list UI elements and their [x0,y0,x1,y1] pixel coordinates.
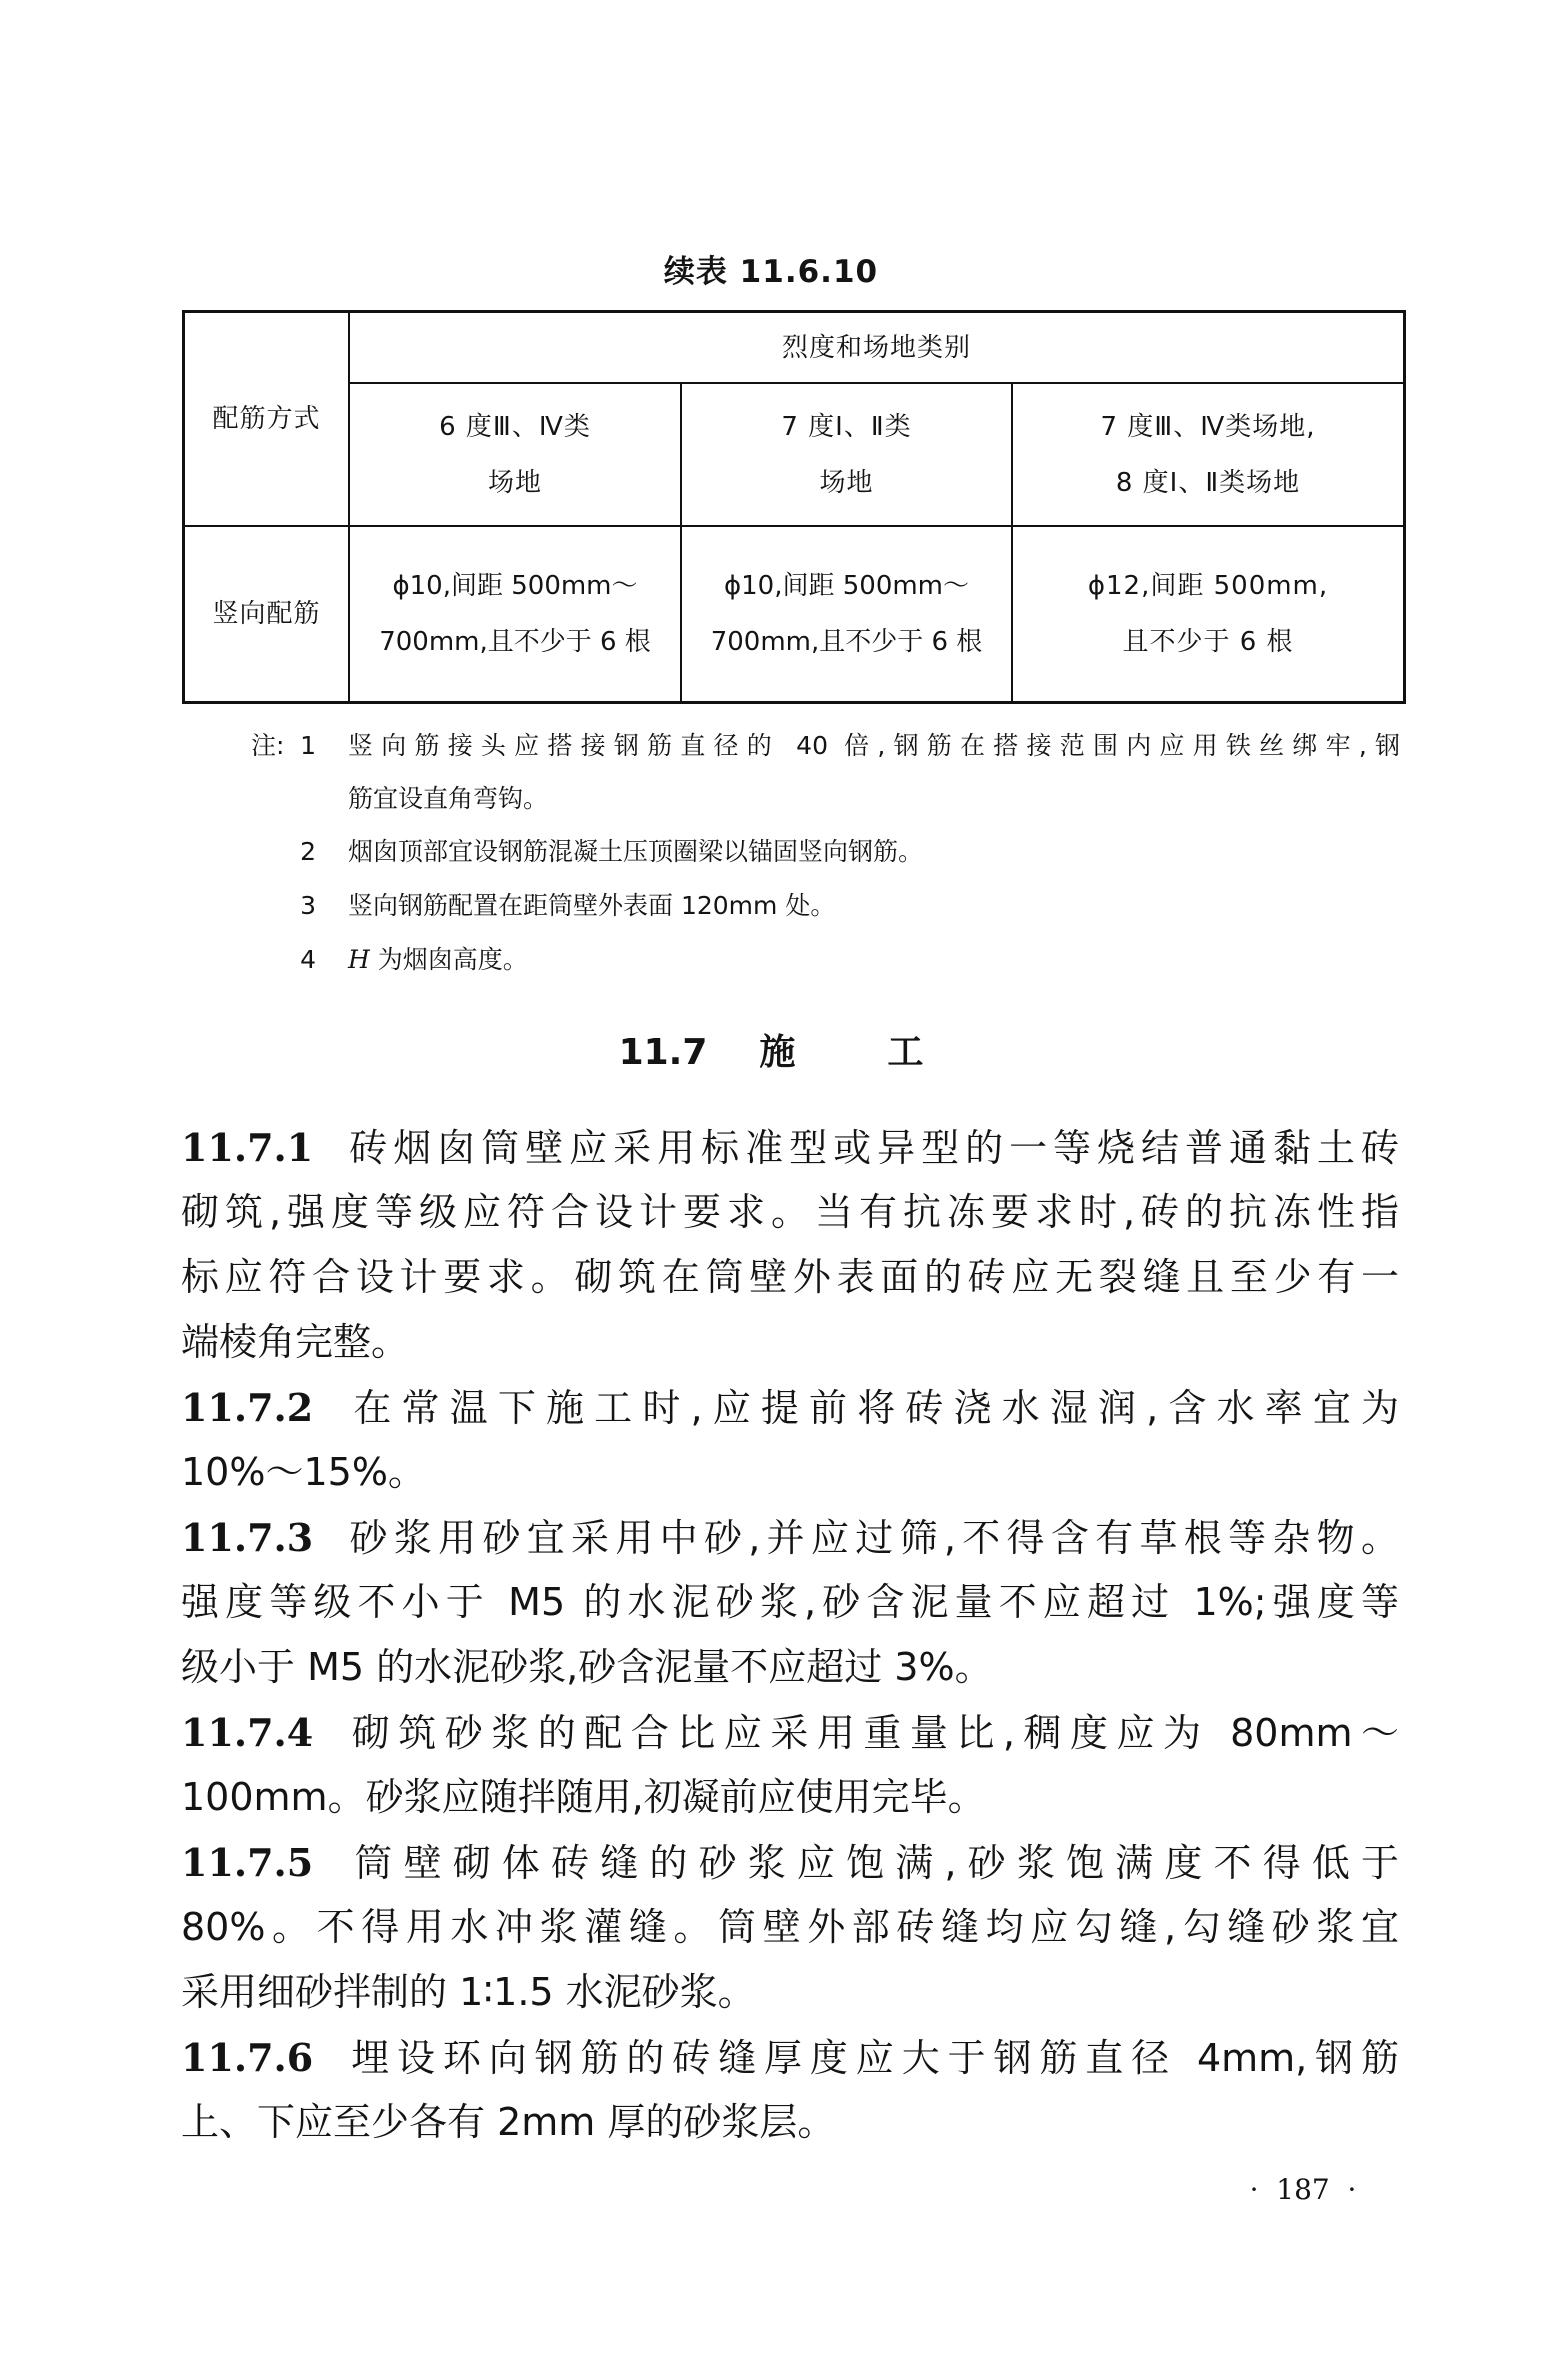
clause-text: 在常温下施工时,应提前将砖浇水湿润,含水率宜为 [343,1386,1399,1430]
note-number: 1 [296,718,316,773]
clause-11-7-3-line-1: 11.7.3砂浆用砂宜采用中砂,并应过筛,不得含有草根等杂物。 [181,1505,1399,1570]
note-text-rest: 为烟囱高度。 [370,945,528,974]
cell-3-line1: ϕ12,间距 500mm, [1088,558,1328,614]
clause-11-7-3-line-2: 强度等级不小于 M5 的水泥砂浆,砂含泥量不应超过 1%;强度等 [181,1570,1399,1635]
clause-11-7-1-line-1: 11.7.1砖烟囱筒壁应采用标准型或异型的一等烧结普通黏土砖 [181,1115,1399,1180]
note-text: 竖向钢筋配置在距筒壁外表面 120mm 处。 [348,878,835,933]
cell-1-line2: 700mm,且不少于 6 根 [379,614,651,670]
clause-number: 11.7.2 [181,1385,313,1430]
cell-2-line1: ϕ10,间距 500mm～ [724,558,969,614]
clause-11-7-4-line-2: 100mm。砂浆应随拌随用,初凝前应使用完毕。 [181,1765,1399,1830]
table-border-bottom [182,701,1406,704]
header-col-1-line1: 6 度Ⅲ、Ⅳ类 [439,399,591,455]
clause-text: 埋设环向钢筋的砖缝厚度应大于钢筋直径 4mm,钢筋 [343,2036,1399,2080]
note-number: 2 [296,824,316,879]
clause-11-7-6-line-1: 11.7.6埋设环向钢筋的砖缝厚度应大于钢筋直径 4mm,钢筋 [181,2025,1399,2090]
clause-11-7-1-line-3: 标应符合设计要求。砌筑在筒壁外表面的砖应无裂缝且至少有一 [181,1245,1399,1310]
clause-11-7-6-line-2: 上、下应至少各有 2mm 厚的砂浆层。 [181,2090,1399,2155]
page-number: · 187 · [1236,2172,1370,2208]
note-number: 3 [296,878,316,933]
table-cell: ϕ12,间距 500mm, 且不少于 6 根 [1013,527,1403,701]
clause-11-7-2-line-2: 10%～15%。 [181,1440,1399,1505]
header-row-label: 配筋方式 [185,313,348,525]
note-item: 3 竖向钢筋配置在距筒壁外表面 120mm 处。 [0,878,1542,933]
reinforcement-table: 配筋方式 烈度和场地类别 6 度Ⅲ、Ⅳ类 场地 7 度Ⅰ、Ⅱ类 场地 7 度Ⅲ、… [182,310,1406,704]
variable-h: H [348,945,370,974]
clause-number: 11.7.5 [181,1840,313,1885]
section-title-char-2: 工 [887,1032,923,1073]
note-item: 4 H 为烟囱高度。 [0,932,1542,987]
note-item-continuation: 筋宜设直角弯钩。 [0,771,1542,826]
clause-text: 砂浆用砂宜采用中砂,并应过筛,不得含有草根等杂物。 [343,1516,1399,1560]
header-col-2-line1: 7 度Ⅰ、Ⅱ类 [781,399,911,455]
header-col-1-line2: 场地 [488,455,542,511]
table-cell: ϕ10,间距 500mm～ 700mm,且不少于 6 根 [682,527,1011,701]
cell-3-line2: 且不少于 6 根 [1122,614,1293,670]
note-item: 注: 1 竖向筋接头应搭接钢筋直径的 40 倍,钢筋在搭接范围内应用铁丝绑牢,钢 [0,718,1542,773]
clause-11-7-4-line-1: 11.7.4砌筑砂浆的配合比应采用重量比,稠度应为 80mm～ [181,1700,1399,1765]
section-title-char-1: 施 [759,1032,795,1073]
clause-text: 筒壁砌体砖缝的砂浆应饱满,砂浆饱满度不得低于 [343,1841,1399,1885]
header-col-3: 7 度Ⅲ、Ⅳ类场地, 8 度Ⅰ、Ⅱ类场地 [1013,384,1403,525]
header-col-3-line2: 8 度Ⅰ、Ⅱ类场地 [1116,455,1300,511]
clause-number: 11.7.1 [181,1125,313,1170]
table-caption: 续表 11.6.10 [0,250,1542,294]
clause-11-7-5-line-2: 80%。不得用水冲浆灌缝。筒壁外部砖缝均应勾缝,勾缝砂浆宜 [181,1895,1399,1960]
header-col-1: 6 度Ⅲ、Ⅳ类 场地 [350,384,680,525]
clause-11-7-1-line-2: 砌筑,强度等级应符合设计要求。当有抗冻要求时,砖的抗冻性指 [181,1180,1399,1245]
note-text: 筋宜设直角弯钩。 [348,771,548,826]
section-number: 11.7 [619,1032,708,1073]
clause-11-7-5-line-1: 11.7.5筒壁砌体砖缝的砂浆应饱满,砂浆饱满度不得低于 [181,1830,1399,1895]
clause-11-7-5-line-3: 采用细砂拌制的 1∶1.5 水泥砂浆。 [181,1960,1399,2025]
header-col-3-line1: 7 度Ⅲ、Ⅳ类场地, [1101,399,1316,455]
table-cell: ϕ10,间距 500mm～ 700mm,且不少于 6 根 [350,527,680,701]
note-text: 竖向筋接头应搭接钢筋直径的 40 倍,钢筋在搭接范围内应用铁丝绑牢,钢 [348,718,1400,773]
clause-text: 砖烟囱筒壁应采用标准型或异型的一等烧结普通黏土砖 [343,1126,1399,1170]
header-group-label-text: 烈度和场地类别 [782,320,971,376]
header-row-label-text: 配筋方式 [212,391,320,447]
clause-11-7-1-line-4: 端棱角完整。 [181,1310,1399,1375]
clause-11-7-2-line-1: 11.7.2在常温下施工时,应提前将砖浇水湿润,含水率宜为 [181,1375,1399,1440]
clause-number: 11.7.4 [181,1710,313,1755]
section-heading: 11.7施工 [0,1028,1542,1078]
note-number: 4 [296,932,316,987]
table-border-right [1403,310,1406,704]
note-text: 烟囱顶部宜设钢筋混凝土压顶圈梁以锚固竖向钢筋。 [348,824,923,879]
clause-number: 11.7.6 [181,2035,313,2080]
note-item: 2 烟囱顶部宜设钢筋混凝土压顶圈梁以锚固竖向钢筋。 [0,824,1542,879]
row-label: 竖向配筋 [185,527,348,701]
clause-text: 砌筑砂浆的配合比应采用重量比,稠度应为 80mm～ [343,1711,1399,1755]
clause-11-7-3-line-3: 级小于 M5 的水泥砂浆,砂含泥量不应超过 3%。 [181,1635,1399,1700]
header-col-2-line2: 场地 [819,455,873,511]
header-group-label: 烈度和场地类别 [350,313,1403,382]
cell-1-line1: ϕ10,间距 500mm～ [392,558,637,614]
cell-2-line2: 700mm,且不少于 6 根 [711,614,983,670]
clause-number: 11.7.3 [181,1515,313,1560]
header-col-2: 7 度Ⅰ、Ⅱ类 场地 [682,384,1011,525]
row-label-text: 竖向配筋 [212,586,320,642]
note-text: H 为烟囱高度。 [348,932,528,987]
